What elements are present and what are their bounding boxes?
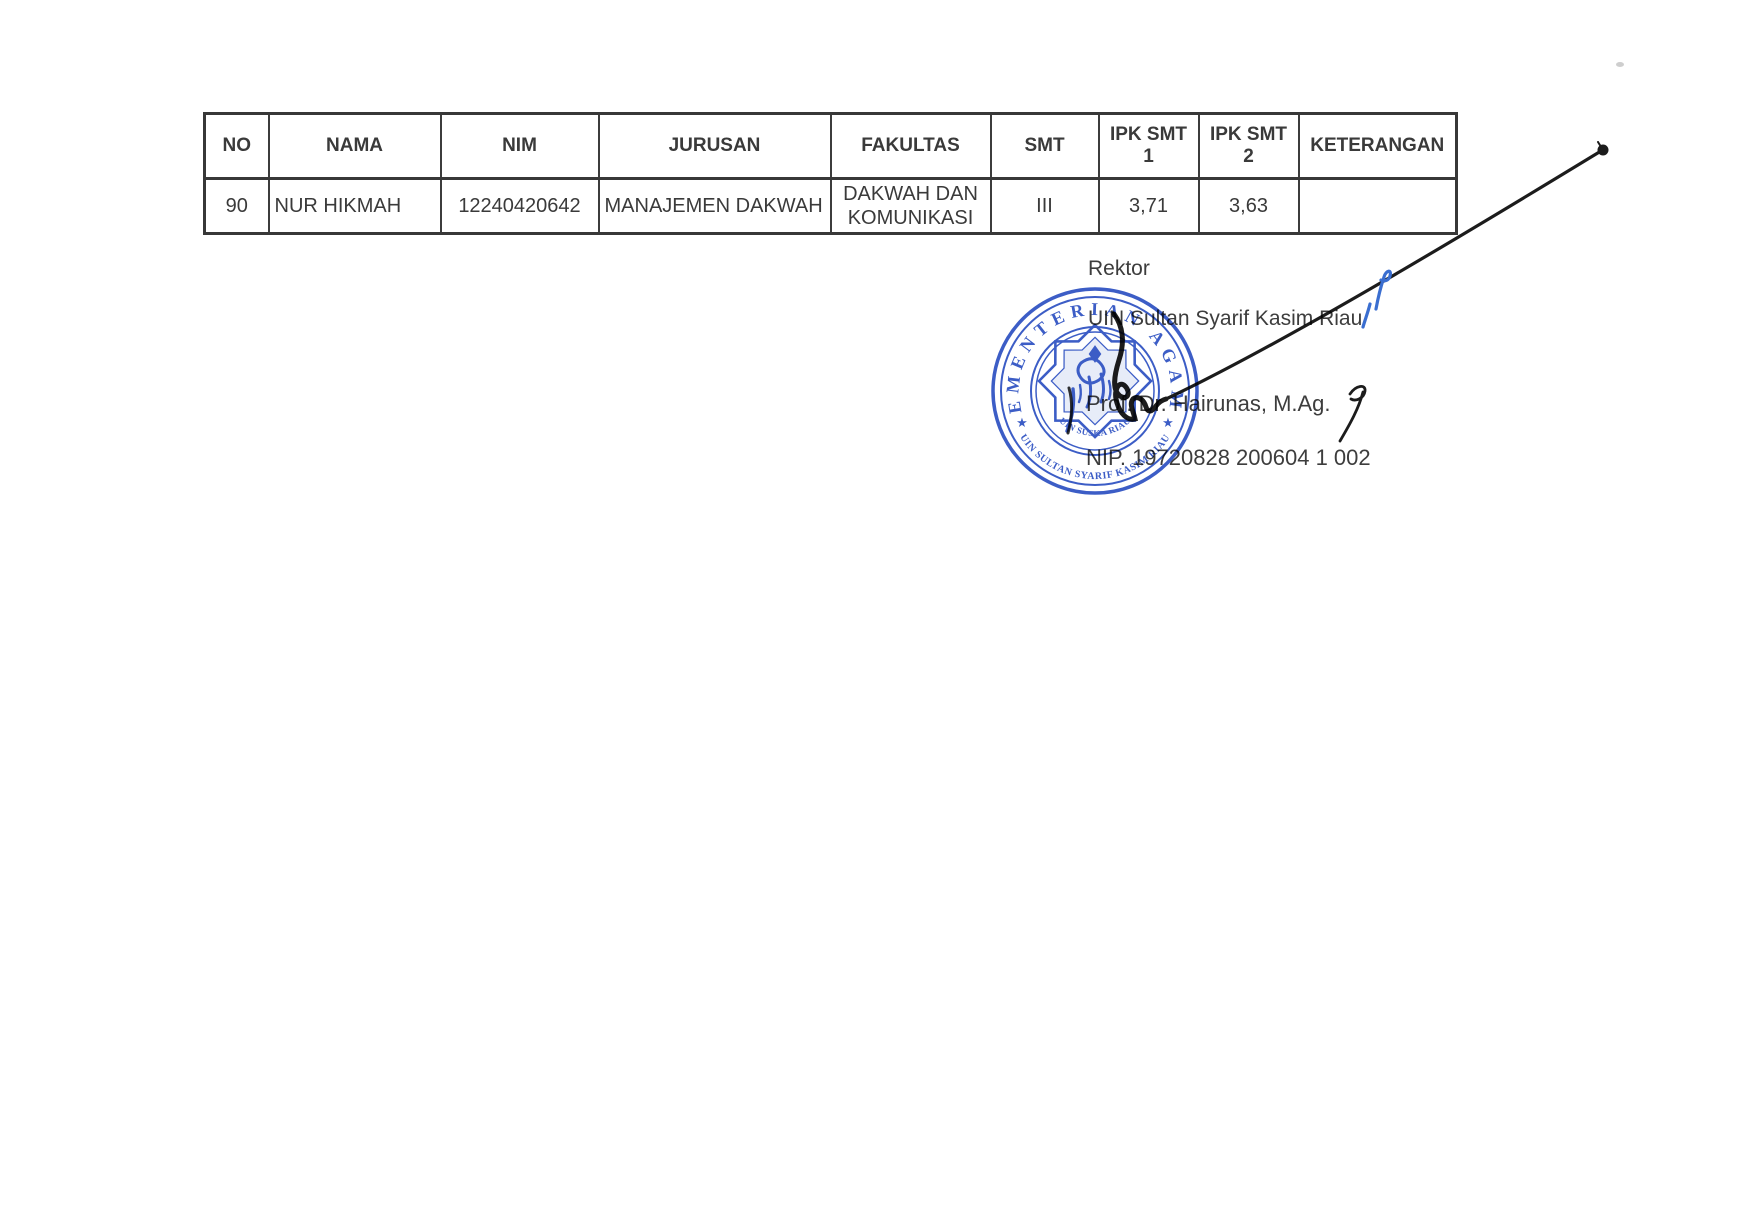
- column-header: JURUSAN: [599, 114, 831, 179]
- results-table: NONAMANIMJURUSANFAKULTASSMTIPK SMT 1IPK …: [203, 112, 1458, 235]
- column-header: NAMA: [269, 114, 441, 179]
- official-stamp: KEMENTERIAN AGAMA UIN SULTAN SYARIF KASI…: [985, 281, 1205, 501]
- table-cell: DAKWAH DAN KOMUNIKASI: [831, 179, 991, 234]
- table-cell: NUR HIKMAH: [269, 179, 441, 234]
- table-row: 90NUR HIKMAH12240420642MANAJEMEN DAKWAHD…: [205, 179, 1457, 234]
- column-header: NO: [205, 114, 269, 179]
- scan-speck: [1616, 62, 1624, 67]
- stamp-ring-text-bottom: UIN SULTAN SYARIF KASIM RIAU: [1017, 432, 1172, 482]
- table-header-row: NONAMANIMJURUSANFAKULTASSMTIPK SMT 1IPK …: [205, 114, 1457, 179]
- table-cell: III: [991, 179, 1099, 234]
- table-cell: 3,71: [1099, 179, 1199, 234]
- signer-role: Rektor: [1088, 257, 1150, 280]
- pen-tip-blob: [1598, 145, 1609, 156]
- table-cell: [1299, 179, 1457, 234]
- table-cell: 12240420642: [441, 179, 599, 234]
- paraf-ink: [1363, 271, 1390, 327]
- column-header: SMT: [991, 114, 1099, 179]
- svg-text:UIN SULTAN SYARIF KASIM RIAU: UIN SULTAN SYARIF KASIM RIAU: [1017, 432, 1172, 482]
- column-header: IPK SMT 2: [1199, 114, 1299, 179]
- table-body: 90NUR HIKMAH12240420642MANAJEMEN DAKWAHD…: [205, 179, 1457, 234]
- stamp-star-left-icon: ★: [1016, 415, 1028, 430]
- column-header: IPK SMT 1: [1099, 114, 1199, 179]
- column-header: FAKULTAS: [831, 114, 991, 179]
- table-header: NONAMANIMJURUSANFAKULTASSMTIPK SMT 1IPK …: [205, 114, 1457, 179]
- scanned-document-page: NONAMANIMJURUSANFAKULTASSMTIPK SMT 1IPK …: [0, 0, 1743, 1227]
- column-header: NIM: [441, 114, 599, 179]
- results-table-container: NONAMANIMJURUSANFAKULTASSMTIPK SMT 1IPK …: [203, 112, 1458, 235]
- table-cell: MANAJEMEN DAKWAH: [599, 179, 831, 234]
- table-cell: 3,63: [1199, 179, 1299, 234]
- table-cell: 90: [205, 179, 269, 234]
- stamp-star-right-icon: ★: [1162, 415, 1174, 430]
- column-header: KETERANGAN: [1299, 114, 1457, 179]
